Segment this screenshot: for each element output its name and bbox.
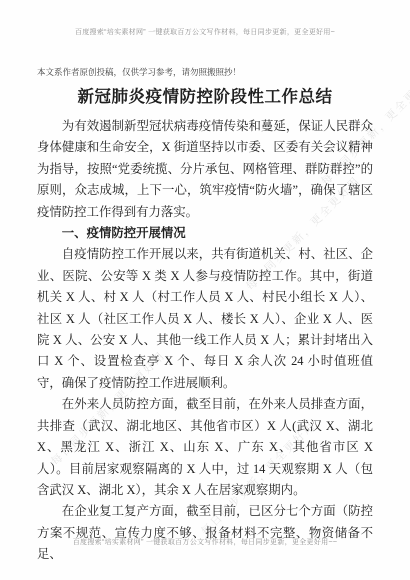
paragraph-personnel-stats: 自疫情防控工作开展以来，共有街道机关、村、社区、企业、医院、公安等 X 类 X …	[37, 244, 373, 394]
paragraph-outsider-screening: 在外来人员防控方面，截至目前，在外来人员排查方面，共排查（武汉、湖北地区、其他省…	[37, 394, 373, 501]
paragraph-work-resumption: 在企业复工复产方面，截至目前，已区分七个方面（防控方案不规范、宣传力度不够、报备…	[37, 501, 373, 565]
author-disclaimer: 本文系作者原创投稿，仅供学习参考，请勿照搬照抄！	[37, 66, 373, 79]
document-title: 新冠肺炎疫情防控阶段性工作总结	[37, 85, 373, 109]
section-heading-1: 一、疫情防控开展情况	[37, 223, 373, 244]
page-footer-watermark-text: 百度搜索“培实素材网” 一键获取百万公文写作材料，每日同步更新，更全更好用~~	[0, 537, 410, 547]
document-page: 百度搜索“培实素材网” 一键获取百万公文写作材料，每日同步更新，更全更好用~ 每…	[0, 0, 410, 580]
page-header-watermark-text: 百度搜索“培实素材网” 一键获取百万公文写作材料，每日同步更新，更全更好用~	[0, 27, 410, 37]
paragraph-intro: 为有效遏制新型冠状病毒疫情传染和蔓延，保证人民群众身体健康和生命安全，X 街道坚…	[37, 116, 373, 223]
document-body: 本文系作者原创投稿，仅供学习参考，请勿照搬照抄！ 新冠肺炎疫情防控阶段性工作总结…	[37, 66, 373, 566]
